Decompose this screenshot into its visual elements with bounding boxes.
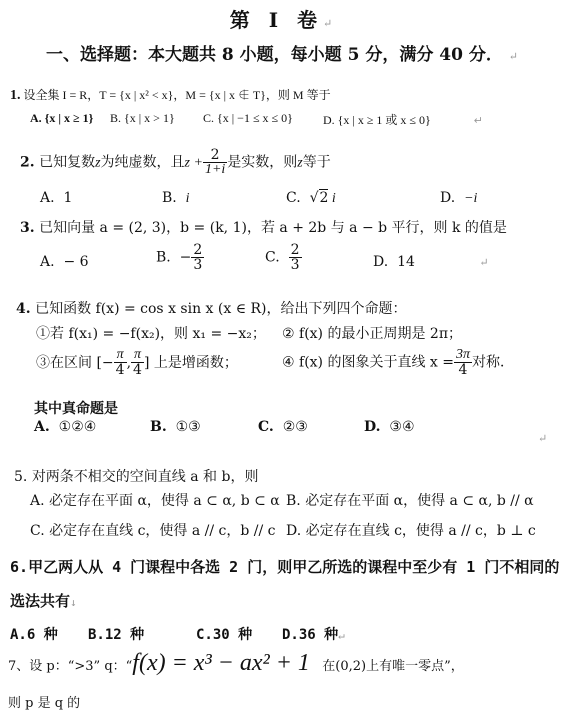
return-mark: ↵	[479, 256, 488, 269]
question-3: 3. 已知向量 a = (2, 3)，b = (k, 1)，若 a + 2b 与…	[20, 217, 507, 237]
question-7: 7、设 p：“>3” q：“f(x) = x³ − ax² + 1 在(0,2)…	[8, 650, 464, 677]
option-text: ①②④	[59, 419, 97, 435]
minus-sign: −	[180, 250, 192, 266]
option-text: i	[186, 191, 190, 206]
fraction: 23	[289, 243, 302, 272]
option-a[interactable]: A. ①②④	[34, 419, 96, 435]
question-1: 1. 设全集 I = R，T = {x | x² < x}，M = {x | x…	[10, 86, 331, 104]
option-text: {x | −1 ≤ x ≤ 0}	[217, 111, 293, 125]
option-c[interactable]: C. 必定存在直线 c，使得 a // c，b // c	[30, 520, 276, 540]
option-text: 必定存在直线 c，使得 a // c，b // c	[49, 523, 275, 539]
question-stem: 甲乙两人从 4 门课程中各选 2 门，则甲乙所选的课程中至少有 1 门不相同的	[28, 558, 559, 576]
option-d[interactable]: D. 必定存在直线 c，使得 a // c，b ⊥ c	[286, 520, 536, 540]
option-b[interactable]: B. {x | x > 1}	[110, 111, 175, 126]
question-stem: 设 p：“>3” q：“	[29, 659, 132, 674]
question-stem: 设全集 I = R，T = {x | x² < x}，M = {x | x ∉ …	[24, 88, 331, 102]
question-number: 4.	[16, 301, 31, 317]
question-conclusion: 其中真命题是	[34, 398, 118, 418]
section-header: 一、选择题：本大题共 8 小题，每小题 5 分，满分 40 分． ↵	[46, 40, 518, 65]
option-text: 36 种	[299, 627, 338, 643]
circled-number: ③	[36, 355, 50, 371]
proposition-4: ④ f(x) 的图象关于直线 x =3π4对称．	[282, 348, 514, 377]
option-label: D.	[364, 419, 381, 435]
proposition-row-2: ③在区间 [−π4,π4] 上是增函数； ④ f(x) 的图象关于直线 x =3…	[36, 348, 238, 377]
option-label: A.	[40, 190, 55, 206]
option-text: 1	[63, 190, 72, 206]
option-d[interactable]: D. 14 ↵	[373, 254, 489, 270]
option-label: B.	[150, 419, 167, 435]
option-d[interactable]: D.36 种↵	[282, 624, 345, 644]
circled-number: ②	[282, 326, 295, 342]
section-header-text: 一、选择题：本大题共 8 小题，每小题 5 分，满分 40 分．	[46, 45, 503, 65]
option-label: D.	[286, 523, 301, 539]
option-text: ①③	[176, 419, 201, 435]
circled-number: ④	[282, 355, 295, 371]
return-mark: ↵	[323, 17, 338, 30]
proposition-1: ①若 f(x₁) = −f(x₂)，则 x₁ = −x₂；	[36, 326, 266, 342]
option-c[interactable]: C.30 种	[196, 624, 252, 644]
option-d[interactable]: D. ③④	[364, 419, 415, 435]
sqrt-radicand: 2	[319, 189, 329, 206]
proposition-text: 在区间 [−	[50, 355, 114, 371]
option-label: C.	[286, 190, 301, 206]
fraction-numerator: π	[114, 348, 127, 363]
option-text: 12 种	[105, 627, 144, 643]
fraction: π4	[131, 348, 144, 377]
question-6: 6.甲乙两人从 4 门课程中各选 2 门，则甲乙所选的课程中至少有 1 门不相同…	[10, 556, 559, 577]
stem-text: 为纯虚数，且	[101, 155, 185, 171]
option-text: − 6	[63, 254, 88, 270]
return-mark: ↵	[474, 115, 483, 127]
question-number: 1.	[10, 88, 21, 103]
option-a[interactable]: A. 1	[40, 190, 72, 206]
question-stem: 选法共有	[10, 592, 70, 610]
question-stem: 在(0,2)上有唯一零点”，	[322, 659, 463, 674]
option-a[interactable]: A. {x | x ≥ 1}	[30, 111, 93, 126]
option-text: 30 种	[213, 627, 252, 643]
question-5: 5. 对两条不相交的空间直线 a 和 b，则	[14, 466, 258, 486]
proposition-row-1: ①若 f(x₁) = −f(x₂)，则 x₁ = −x₂； ② f(x) 的最小…	[36, 323, 266, 343]
option-c[interactable]: C. 23	[265, 243, 302, 272]
circled-number: ①	[36, 326, 50, 342]
option-label: A.	[34, 419, 50, 435]
fraction: 21+i	[203, 148, 227, 177]
option-b[interactable]: B. ①③	[150, 419, 201, 435]
fraction-denominator: 3	[289, 258, 302, 272]
option-text: 14	[397, 254, 415, 270]
question-stem: 已知函数 f(x) = cos x sin x (x ∈ R)，给出下列四个命题…	[35, 301, 406, 317]
option-d[interactable]: D. −i	[440, 190, 477, 207]
option-b[interactable]: B. i	[162, 190, 190, 207]
option-label: B.	[156, 250, 171, 266]
fraction-numerator: 2	[289, 243, 302, 258]
question-6-line2: 选法共有↓	[10, 590, 77, 611]
option-label: B.	[110, 111, 121, 125]
proposition-text: 若 f(x₁) = −f(x₂)，则 x₁ = −x₂；	[50, 326, 266, 342]
question-number: 6.	[10, 558, 28, 576]
fraction-numerator: 2	[203, 148, 227, 163]
fraction: π4	[114, 348, 127, 377]
proposition-3: ③在区间 [−π4,π4] 上是增函数；	[36, 355, 238, 371]
option-b[interactable]: B. 必定存在平面 α，使得 a ⊂ α, b // α	[286, 490, 534, 510]
page-title: 第 Ⅰ 卷↵	[0, 4, 568, 33]
option-a[interactable]: A.6 种	[10, 624, 58, 644]
option-label: D.	[323, 113, 335, 127]
proposition-text: ] 上是增函数；	[144, 355, 238, 371]
option-d[interactable]: D. {x | x ≥ 1 或 x ≤ 0} ↵	[323, 111, 483, 128]
option-text: −i	[464, 191, 477, 206]
question-number: 5.	[14, 469, 27, 485]
fraction-denominator: 4	[114, 363, 127, 377]
return-mark: ↵	[338, 629, 345, 642]
option-label: B.	[88, 627, 105, 643]
question-number: 3.	[20, 220, 35, 236]
fraction-numerator: 2	[191, 243, 204, 258]
question-stem: 对两条不相交的空间直线 a 和 b，则	[32, 469, 259, 485]
option-a[interactable]: A. 必定存在平面 α，使得 a ⊂ α, b ⊂ α	[30, 490, 280, 510]
question-2: 2. 已知复数z为纯虚数，且z +21+i是实数，则z等于	[20, 148, 331, 177]
line-break-mark: ↓	[70, 596, 77, 609]
option-label: C.	[30, 523, 45, 539]
option-label: D.	[282, 627, 299, 643]
option-label: A.	[30, 493, 45, 509]
option-label: D.	[373, 254, 388, 270]
option-label: C.	[196, 627, 213, 643]
function-formula: f(x) = x³ − ax² + 1	[132, 650, 310, 676]
fraction-denominator: 3	[191, 258, 204, 272]
option-label: A.	[40, 254, 55, 270]
option-a[interactable]: A. − 6	[40, 254, 89, 270]
option-text: 必定存在平面 α，使得 a ⊂ α, b ⊂ α	[49, 493, 280, 509]
option-text: {x | x ≥ 1}	[45, 111, 94, 125]
option-b[interactable]: B.12 种	[88, 624, 144, 644]
proposition-text: f(x) 的最小正周期是 2π；	[295, 326, 462, 342]
option-label: C.	[265, 250, 280, 266]
option-c[interactable]: C. {x | −1 ≤ x ≤ 0}	[203, 111, 293, 126]
title-text: 第 Ⅰ 卷	[230, 8, 323, 32]
option-text: 必定存在平面 α，使得 a ⊂ α, b // α	[305, 493, 533, 509]
question-number: 2.	[20, 155, 35, 171]
question-4: 4. 已知函数 f(x) = cos x sin x (x ∈ R)，给出下列四…	[16, 298, 407, 318]
expression: z +	[185, 156, 203, 171]
option-c[interactable]: C. √2 i	[286, 190, 336, 207]
proposition-2: ② f(x) 的最小正周期是 2π；	[282, 323, 462, 343]
option-text: 6 种	[27, 627, 58, 643]
fraction-numerator: 3π	[454, 348, 472, 363]
stem-text: 等于	[303, 155, 331, 171]
option-text: {x | x ≥ 1 或 x ≤ 0}	[338, 113, 431, 127]
option-text: ③④	[389, 419, 414, 435]
option-label: C.	[258, 419, 274, 435]
proposition-text: f(x) 的图象关于直线 x =	[295, 355, 454, 371]
return-mark: ↵	[538, 432, 547, 445]
question-number: 7、	[8, 659, 29, 674]
fraction: 3π4	[454, 348, 472, 377]
option-label: B.	[286, 493, 301, 509]
option-label: B.	[162, 190, 177, 206]
fraction: 23	[191, 243, 204, 272]
question-stem: 已知向量 a = (2, 3)，b = (k, 1)，若 a + 2b 与 a …	[39, 220, 507, 236]
option-text: {x | x > 1}	[124, 111, 175, 125]
option-c[interactable]: C. ②③	[258, 419, 308, 435]
option-label: C.	[203, 111, 214, 125]
stem-text: 是实数，则	[227, 155, 297, 171]
option-label: A.	[10, 627, 27, 643]
option-label: A.	[30, 111, 42, 125]
option-b[interactable]: B. −23	[156, 243, 204, 272]
option-label: D.	[440, 190, 455, 206]
option-text: i	[328, 191, 335, 206]
fraction-numerator: π	[131, 348, 144, 363]
fraction-denominator: 4	[131, 363, 144, 377]
option-text: 必定存在直线 c，使得 a // c，b ⊥ c	[306, 523, 536, 539]
stem-text: 已知复数	[39, 155, 95, 171]
fraction-denominator: 4	[454, 363, 472, 377]
option-text: ②③	[283, 419, 308, 435]
return-mark: ↵	[509, 50, 518, 63]
question-7-line2: 则 p 是 q 的	[8, 692, 80, 711]
proposition-text: 对称．	[472, 355, 514, 371]
fraction-denominator: 1+i	[203, 163, 227, 177]
